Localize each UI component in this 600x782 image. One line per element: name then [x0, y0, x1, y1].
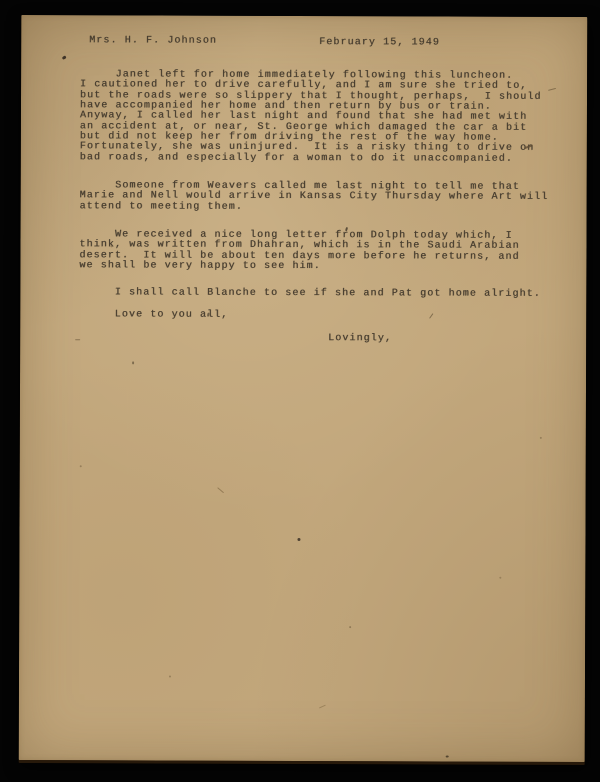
- signoff-line: Love to you all,: [79, 310, 559, 322]
- paper-speck: [499, 577, 501, 579]
- paper-speck: [446, 756, 449, 758]
- paragraph-janet-trip: Janet left for home immediately followin…: [80, 70, 560, 165]
- paper-speck: [349, 626, 351, 628]
- closing-line: Lovingly,: [328, 334, 559, 345]
- letter-body: Janet left for home immediately followin…: [79, 70, 560, 345]
- letter-paper: Mrs. H. F. Johnson February 15, 1949 Jan…: [19, 15, 588, 762]
- paper-speck: [540, 437, 542, 439]
- paper-speck: [297, 538, 300, 541]
- paragraph-call-blanche: I shall call Blanche to see if she and P…: [79, 288, 559, 300]
- ink-stray-mark: [132, 361, 134, 364]
- paper-fiber: [217, 487, 224, 493]
- paper-speck: [169, 676, 171, 678]
- letter-header: Mrs. H. F. Johnson February 15, 1949: [21, 36, 587, 50]
- paper-speck: [80, 465, 82, 467]
- paragraph-weavers-call: Someone from Weavers called me last nigh…: [80, 181, 560, 214]
- recipient-name: Mrs. H. F. Johnson: [89, 36, 217, 47]
- paper-speck: [62, 55, 67, 60]
- paragraph-dolph-letter: We received a nice long letter from Dolp…: [79, 230, 559, 273]
- letter-date: February 15, 1949: [319, 38, 440, 49]
- paper-fiber: [319, 705, 326, 709]
- photo-background: Mrs. H. F. Johnson February 15, 1949 Jan…: [0, 0, 600, 782]
